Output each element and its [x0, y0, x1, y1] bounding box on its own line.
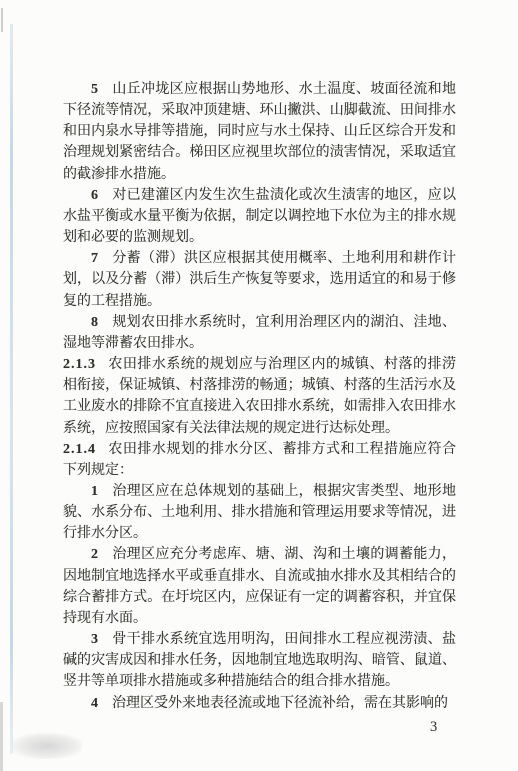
subclause-paragraph-3: 3骨干排水系统宜选用明沟，田间排水工程应视涝渍、盐碱的灾害成因和排水任务，因地制… [63, 629, 456, 692]
subclause-number: 1 [91, 484, 98, 499]
section-paragraph-2-1-4: 2.1.4农田排水规划的排水分区、蓄排方式和工程措施应符合下列规定： [63, 439, 456, 481]
section-text: 农田排水系统的规划应与治理区内的城镇、村落的排涝相衔接，保证城镇、村落排涝的畅通… [63, 357, 456, 435]
subclause-number: 2 [91, 547, 98, 562]
clause-text: 山丘冲垅区应根据山势地形、水土温度、坡面径流和地下径流等情况，采取冲顶建塘、环山… [63, 82, 456, 182]
section-text: 农田排水规划的排水分区、蓄排方式和工程措施应符合下列规定： [63, 442, 456, 478]
section-number: 2.1.4 [63, 442, 96, 457]
clause-text: 规划农田排水系统时，宜利用治理区内的湖泊、洼地、湿地等滞蓄农田排水。 [63, 315, 456, 351]
subclause-text: 骨干排水系统宜选用明沟，田间排水工程应视涝渍、盐碱的灾害成因和排水任务，因地制宜… [63, 632, 456, 689]
subclause-paragraph-4: 4治理区受外来地表径流或地下径流补给，需在其影响的 [63, 693, 456, 714]
scan-smudge [12, 733, 82, 759]
subclause-number: 3 [91, 632, 98, 647]
subclause-number: 4 [91, 696, 98, 711]
subclause-text: 治理区受外来地表径流或地下径流补给，需在其影响的 [112, 696, 448, 711]
scan-edge-line [10, 24, 13, 754]
clause-paragraph-7: 7分蓄（滞）洪区应根据其使用概率、土地利用和耕作计划，以及分蓄（滞）洪后生产恢复… [63, 248, 456, 311]
clause-paragraph-8: 8规划农田排水系统时，宜利用治理区内的湖泊、洼地、湿地等滞蓄农田排水。 [63, 312, 456, 354]
section-number: 2.1.3 [63, 357, 96, 372]
clause-paragraph-6: 6对已建灌区内发生次生盐渍化或次生渍害的地区，应以水盐平衡或水量平衡为依据，制定… [63, 185, 456, 248]
subclause-text: 治理区应在总体规划的基础上，根据灾害类型、地形地貌、水系分布、土地利用、排水措施… [63, 484, 456, 541]
clause-number: 6 [91, 188, 98, 203]
subclause-paragraph-2: 2治理区应充分考虑库、塘、湖、沟和土壤的调蓄能力，因地制宜地选择水平或垂直排水、… [63, 544, 456, 629]
clause-text: 分蓄（滞）洪区应根据其使用概率、土地利用和耕作计划，以及分蓄（滞）洪后生产恢复等… [63, 251, 456, 308]
clause-number: 5 [91, 82, 98, 97]
scan-artifact-bottom [0, 702, 3, 771]
clause-number: 8 [91, 315, 98, 330]
clause-paragraph-5: 5山丘冲垅区应根据山势地形、水土温度、坡面径流和地下径流等情况，采取冲顶建塘、环… [63, 79, 456, 185]
page-number: 3 [430, 719, 437, 736]
clause-text: 对已建灌区内发生次生盐渍化或次生渍害的地区，应以水盐平衡或水量平衡为依据，制定以… [63, 188, 456, 245]
scan-artifact-top [1, 8, 3, 32]
clause-number: 7 [91, 251, 98, 266]
text-block: 5山丘冲垅区应根据山势地形、水土温度、坡面径流和地下径流等情况，采取冲顶建塘、环… [63, 79, 456, 714]
subclause-paragraph-1: 1治理区应在总体规划的基础上，根据灾害类型、地形地貌、水系分布、土地利用、排水措… [63, 481, 456, 544]
document-page: 5山丘冲垅区应根据山势地形、水土温度、坡面径流和地下径流等情况，采取冲顶建塘、环… [0, 0, 518, 771]
section-paragraph-2-1-3: 2.1.3农田排水系统的规划应与治理区内的城镇、村落的排涝相衔接，保证城镇、村落… [63, 354, 456, 439]
subclause-text: 治理区应充分考虑库、塘、湖、沟和土壤的调蓄能力，因地制宜地选择水平或垂直排水、自… [63, 547, 456, 625]
